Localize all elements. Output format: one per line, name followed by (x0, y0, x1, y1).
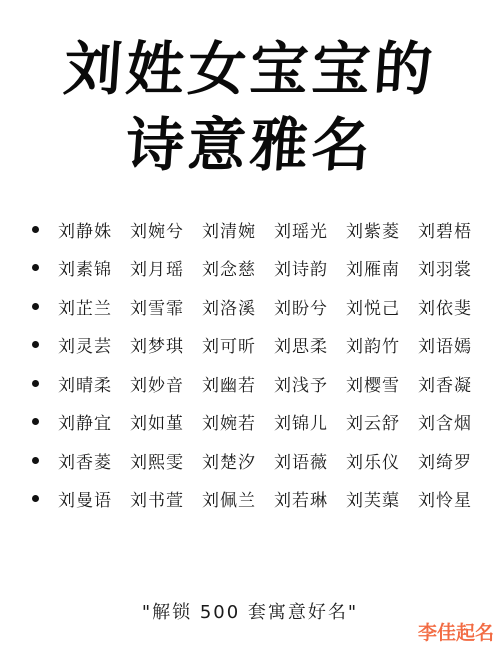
names-row: 刘曼语 刘书萱 刘佩兰 刘若琳 刘芙蕖 刘怜星 (24, 480, 494, 519)
name-item: 刘云舒 (346, 409, 418, 434)
name-item: 刘可昕 (202, 332, 274, 357)
name-item: 刘洛溪 (202, 294, 274, 319)
watermark-logo: 李佳起名 (418, 618, 494, 645)
name-item: 刘语嫣 (418, 332, 490, 357)
name-item: 刘晴柔 (58, 371, 130, 396)
name-item: 刘香凝 (418, 371, 490, 396)
bullet-icon (32, 495, 39, 502)
name-item: 刘灵芸 (58, 332, 130, 357)
name-item: 刘香菱 (58, 448, 130, 473)
name-item: 刘羽裳 (418, 255, 490, 280)
name-item: 刘如堇 (130, 409, 202, 434)
names-row: 刘素锦 刘月瑶 刘念慈 刘诗韵 刘雁南 刘羽裳 (24, 249, 494, 288)
name-item: 刘清婉 (202, 217, 274, 242)
name-item: 刘盼兮 (274, 294, 346, 319)
name-item: 刘若琳 (274, 486, 346, 511)
bullet-icon (32, 226, 39, 233)
name-item: 刘书萱 (130, 486, 202, 511)
name-item: 刘思柔 (274, 332, 346, 357)
name-item: 刘雪霏 (130, 294, 202, 319)
name-item: 刘佩兰 (202, 486, 274, 511)
name-item: 刘芙蕖 (346, 486, 418, 511)
bullet-icon (32, 418, 39, 425)
bullet-icon (32, 457, 39, 464)
name-item: 刘碧梧 (418, 217, 490, 242)
bullet-icon (32, 380, 39, 387)
name-item: 刘诗韵 (274, 255, 346, 280)
names-row: 刘静姝 刘婉兮 刘清婉 刘瑶光 刘紫菱 刘碧梧 (24, 210, 494, 249)
name-item: 刘浅予 (274, 371, 346, 396)
name-item: 刘含烟 (418, 409, 490, 434)
name-item: 刘念慈 (202, 255, 274, 280)
name-item: 刘樱雪 (346, 371, 418, 396)
name-item: 刘紫菱 (346, 217, 418, 242)
page-title-line-2: 诗意雅名 (0, 116, 500, 174)
name-item: 刘婉兮 (130, 217, 202, 242)
name-item: 刘瑶光 (274, 217, 346, 242)
name-item: 刘语薇 (274, 448, 346, 473)
name-item: 刘静宜 (58, 409, 130, 434)
bullet-icon (32, 264, 39, 271)
name-item: 刘乐仪 (346, 448, 418, 473)
bullet-icon (32, 341, 39, 348)
names-row: 刘静宜 刘如堇 刘婉若 刘锦儿 刘云舒 刘含烟 (24, 403, 494, 442)
name-item: 刘婉若 (202, 409, 274, 434)
name-item: 刘韵竹 (346, 332, 418, 357)
names-row: 刘香菱 刘熙雯 刘楚汐 刘语薇 刘乐仪 刘绮罗 (24, 441, 494, 480)
names-row: 刘晴柔 刘妙音 刘幽若 刘浅予 刘樱雪 刘香凝 (24, 364, 494, 403)
page-title-line-1: 刘姓女宝宝的 (0, 40, 500, 98)
name-item: 刘锦儿 (274, 409, 346, 434)
name-item: 刘梦琪 (130, 332, 202, 357)
name-item: 刘曼语 (58, 486, 130, 511)
name-item: 刘依斐 (418, 294, 490, 319)
name-item: 刘绮罗 (418, 448, 490, 473)
name-item: 刘月瑶 (130, 255, 202, 280)
name-item: 刘悦己 (346, 294, 418, 319)
name-item: 刘静姝 (58, 217, 130, 242)
name-item: 刘雁南 (346, 255, 418, 280)
name-item: 刘芷兰 (58, 294, 130, 319)
name-item: 刘熙雯 (130, 448, 202, 473)
name-item: 刘幽若 (202, 371, 274, 396)
name-item: 刘楚汐 (202, 448, 274, 473)
bullet-icon (32, 303, 39, 310)
name-item: 刘妙音 (130, 371, 202, 396)
names-row: 刘灵芸 刘梦琪 刘可昕 刘思柔 刘韵竹 刘语嫣 (24, 326, 494, 365)
name-item: 刘素锦 (58, 255, 130, 280)
names-row: 刘芷兰 刘雪霏 刘洛溪 刘盼兮 刘悦己 刘依斐 (24, 287, 494, 326)
name-item: 刘怜星 (418, 486, 490, 511)
names-list: 刘静姝 刘婉兮 刘清婉 刘瑶光 刘紫菱 刘碧梧 刘素锦 刘月瑶 刘念慈 刘诗韵 … (24, 210, 494, 518)
